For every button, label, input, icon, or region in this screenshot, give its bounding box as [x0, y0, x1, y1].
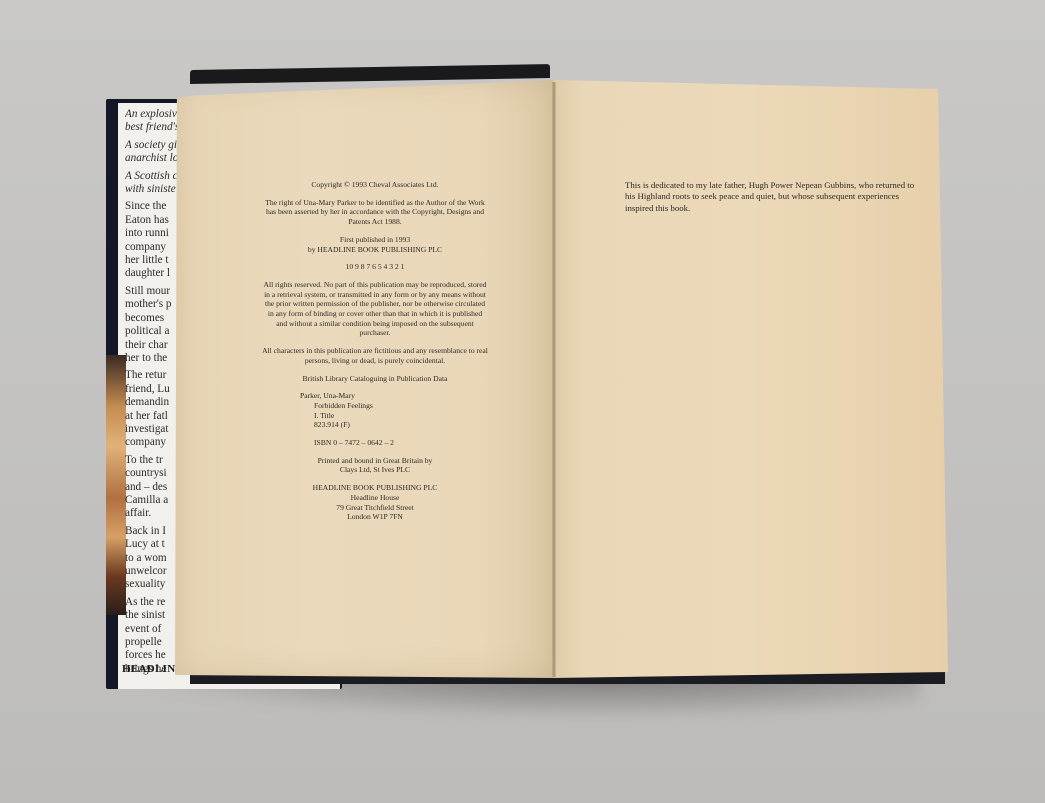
book-gutter	[552, 82, 556, 677]
blurb-line: A Scottish c	[125, 170, 178, 182]
cip-entry: Parker, Una-Mary Forbidden Feelings I. T…	[300, 391, 488, 430]
publisher-name: HEADLINE BOOK PUBLISHING PLC	[313, 483, 438, 492]
blurb-line: anarchist lo	[125, 152, 178, 164]
blurb-line: To the tr	[125, 454, 163, 466]
copyright-line: Copyright © 1993 Cheval Associates Ltd.	[262, 180, 488, 190]
blurb-line: A society gir	[125, 139, 181, 151]
blurb-line: Lucy at t	[125, 538, 165, 550]
blurb-line: into runni	[125, 227, 169, 239]
blurb-line: political a	[125, 325, 169, 337]
blurb-line: countrysi	[125, 467, 167, 479]
blurb-line: As the re	[125, 596, 165, 608]
isbn: ISBN 0 – 7472 – 0642 – 2	[314, 438, 488, 448]
jacket-imprint: HEADLINE	[122, 663, 183, 675]
blurb-line: Still mour	[125, 285, 170, 297]
first-published-by: by HEADLINE BOOK PUBLISHING PLC	[308, 245, 442, 254]
blurb-line: sexuality	[125, 578, 165, 590]
blurb-line: the sinist	[125, 609, 165, 621]
blurb-line: best friend's	[125, 121, 179, 133]
first-published-date: First published in 1993	[340, 235, 410, 244]
cip-classification: 823.914 (F)	[300, 420, 488, 430]
blurb-line: her to the	[125, 352, 167, 364]
author-rights: The right of Una-Mary Parker to be ident…	[262, 198, 488, 227]
blurb-line: demandin	[125, 396, 169, 408]
jacket-cover-photo	[106, 355, 126, 615]
blurb-line: daughter l	[125, 267, 170, 279]
print-line: 10 9 8 7 6 5 4 3 2 1	[262, 262, 488, 272]
blurb-line: at her fatl	[125, 410, 168, 422]
cip-title: Forbidden Feelings	[300, 401, 488, 411]
photo-scene: An explosivbest friend'sA society girana…	[0, 0, 1045, 803]
publisher-street: 79 Great Titchfield Street	[336, 503, 413, 512]
cip-subject: I. Title	[300, 411, 488, 421]
printer-line-2: Clays Ltd, St Ives PLC	[340, 465, 410, 474]
blurb-line: investigat	[125, 423, 169, 435]
publisher-city: London W1P 7FN	[347, 512, 403, 521]
blurb-line: unwelcor	[125, 565, 167, 577]
blurb-line: affair.	[125, 507, 151, 519]
blurb-line: Back in I	[125, 525, 166, 537]
first-published: First published in 1993 by HEADLINE BOOK…	[262, 235, 488, 254]
rights-reserved: All rights reserved. No part of this pub…	[262, 280, 488, 338]
blurb-line: company	[125, 241, 166, 253]
blurb-line: propelle	[125, 636, 162, 648]
blurb-line: to a wom	[125, 552, 167, 564]
blurb-line: their char	[125, 339, 168, 351]
blurb-line: becomes	[125, 312, 164, 324]
blurb-line: Eaton has	[125, 214, 169, 226]
cip-author: Parker, Una-Mary	[300, 391, 355, 400]
blurb-line: Since the	[125, 200, 166, 212]
blurb-line: company	[125, 436, 166, 448]
blurb-line: with siniste	[125, 183, 176, 195]
printer-line-1: Printed and bound in Great Britain by	[318, 456, 433, 465]
blurb-line: Camilla a	[125, 494, 168, 506]
fiction-notice: All characters in this publication are f…	[262, 346, 488, 365]
blurb-line: The retur	[125, 369, 166, 381]
blurb-line: event of	[125, 623, 161, 635]
right-page	[553, 80, 948, 678]
blurb-line: her little t	[125, 254, 169, 266]
publisher-address: HEADLINE BOOK PUBLISHING PLC Headline Ho…	[262, 483, 488, 522]
blurb-line: forces he	[125, 649, 166, 661]
blurb-line: An explosiv	[125, 108, 177, 120]
publisher-building: Headline House	[351, 493, 400, 502]
cip-heading: British Library Cataloguing in Publicati…	[262, 374, 488, 384]
dedication: This is dedicated to my late father, Hug…	[625, 180, 925, 214]
front-board-edge	[190, 64, 550, 84]
blurb-line: and – des	[125, 481, 167, 493]
copyright-block: Copyright © 1993 Cheval Associates Ltd. …	[262, 180, 488, 530]
blurb-line: friend, Lu	[125, 383, 170, 395]
blurb-line: mother's p	[125, 298, 171, 310]
printer: Printed and bound in Great Britain by Cl…	[262, 456, 488, 475]
